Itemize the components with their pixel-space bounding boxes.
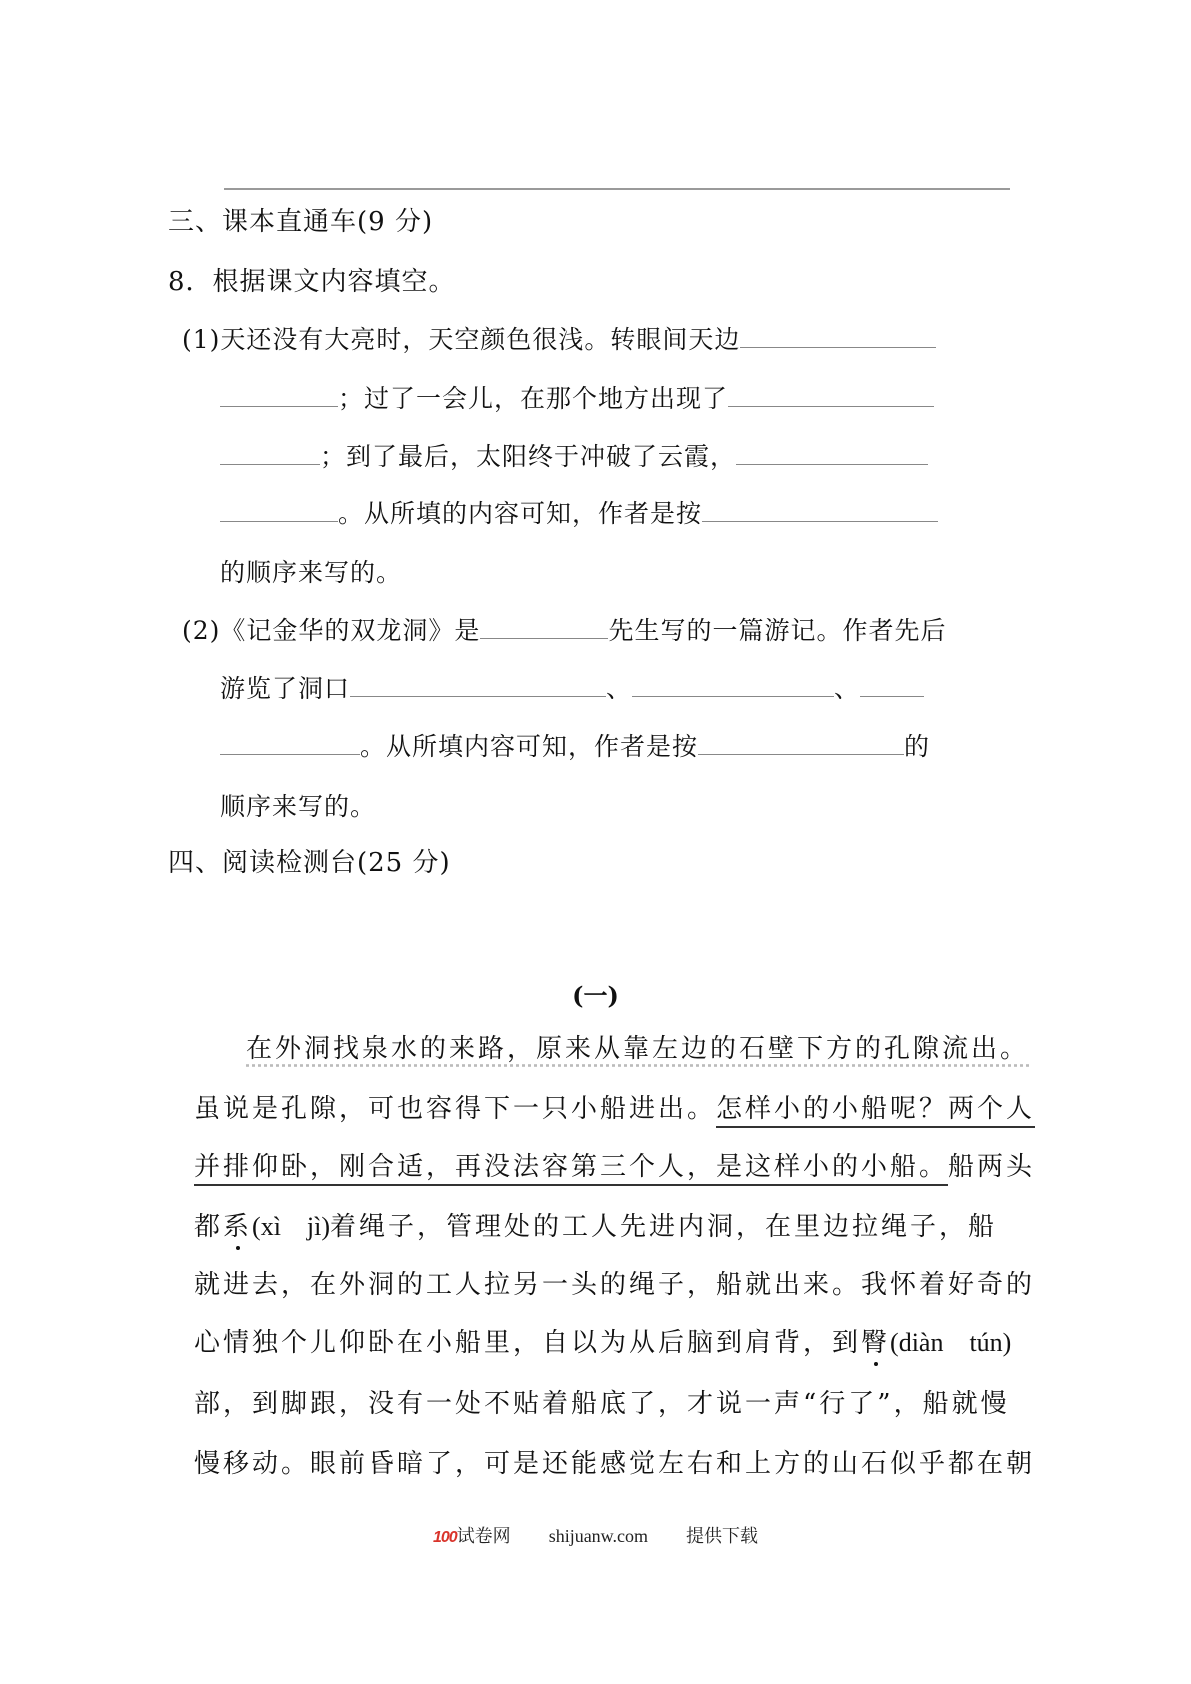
part-number: (1) [182,325,220,354]
pinyin-options: (xì jì) [252,1212,330,1241]
underlined-text: 怎样小的小船呢？两个人 [716,1094,1035,1128]
text: 《记金华的双龙洞》是 [220,616,480,645]
text: 先生写的一篇游记。作者先后 [608,616,946,645]
q8-part1-line4: 。从所填的内容可知，作者是按 [220,497,938,531]
q8-part1-line1: (1)天还没有大亮时，天空颜色很浅。转眼间天边 [182,323,936,357]
answer-blank[interactable] [220,442,320,465]
passage-line-4: 都系(xì jì)着绳子，管理处的工人先进内洞，在里边拉绳子，船 [194,1210,997,1244]
text: 心情独个儿仰卧在小船里，自以为从后脑到肩背，到 [194,1328,861,1358]
part-number: (2) [182,616,220,645]
text: 虽说是孔隙，可也容得下一只小船进出。 [194,1094,716,1124]
site-url[interactable]: shijuanw.com [549,1526,648,1546]
site-logo-icon: 100 [433,1529,457,1546]
answer-blank[interactable] [736,442,928,465]
footer: 100试卷网shijuanw.com提供下载 [0,1522,1191,1548]
answer-blank[interactable] [220,732,360,755]
text: 着绳子，管理处的工人先进内洞，在里边拉绳子，船 [330,1212,997,1242]
exam-page: 三、课本直通车(9 分) 8．根据课文内容填空。 (1)天还没有大亮时，天空颜色… [0,0,1191,1684]
question-8: 8．根据课文内容填空。 [168,265,456,299]
passage-line-6: 心情独个儿仰卧在小船里，自以为从后脑到肩背，到臀(diàn tún) [194,1326,1011,1360]
text: 游览了洞口 [220,674,350,703]
answer-blank[interactable] [728,384,934,407]
answer-blank[interactable] [350,674,606,697]
passage-label: (一) [0,976,1191,1011]
answer-blank[interactable] [860,674,924,697]
answer-blank[interactable] [220,384,338,407]
q8-part2-line4: 顺序来写的。 [220,790,376,824]
answer-blank[interactable] [480,616,608,639]
passage-line-8: 慢移动。眼前昏暗了，可是还能感觉左右和上方的山石似乎都在朝 [194,1447,1035,1481]
site-name: 试卷网 [457,1526,511,1546]
passage-line-2: 虽说是孔隙，可也容得下一只小船进出。怎样小的小船呢？两个人 [194,1092,1035,1126]
q8-part1-line2: ；过了一会儿，在那个地方出现了 [220,382,934,416]
text: 。从所填内容可知，作者是按 [360,732,698,761]
answer-blank[interactable] [632,674,834,697]
wavy-underlined-text: 在外洞找泉水的来路，原来从靠左边的石壁下方的孔隙流出。 [246,1034,1029,1064]
text: 船两头 [948,1152,1035,1182]
q8-part2-line3: 。从所填内容可知，作者是按的 [220,730,930,764]
answer-blank[interactable] [220,499,338,522]
separator: 、 [606,674,632,703]
text: 天还没有大亮时，天空颜色很浅。转眼间天边 [220,325,740,354]
top-divider [224,188,1010,190]
text: ；过了一会儿，在那个地方出现了 [338,384,728,413]
dotted-character: 臀 [861,1328,890,1358]
dotted-character: 系 [223,1212,252,1242]
answer-blank[interactable] [702,499,938,522]
section-3-title: 三、课本直通车(9 分) [168,205,433,239]
section-4-title: 四、阅读检测台(25 分) [168,846,451,880]
underlined-text: 并排仰卧，刚合适，再没法容第三个人，是这样小的小船。 [194,1152,948,1186]
footer-note: 提供下载 [686,1526,758,1546]
answer-blank[interactable] [740,325,936,348]
passage-line-3: 并排仰卧，刚合适，再没法容第三个人，是这样小的小船。船两头 [194,1150,1035,1184]
pinyin-options: (diàn tún) [890,1328,1011,1357]
passage-line-5: 就进去，在外洞的工人拉另一头的绳子，船就出来。我怀着好奇的 [194,1268,1035,1302]
passage-line-7: 部，到脚跟，没有一处不贴着船底了，才说一声“行了”，船就慢 [194,1387,1010,1421]
text: ；到了最后，太阳终于冲破了云霞， [320,442,736,471]
text: 都 [194,1212,223,1242]
answer-blank[interactable] [698,732,904,755]
q8-part1-line5: 的顺序来写的。 [220,556,402,590]
text: 的 [904,732,930,761]
separator: 、 [834,674,860,703]
text: 。从所填的内容可知，作者是按 [338,499,702,528]
q8-part2-line1: (2)《记金华的双龙洞》是先生写的一篇游记。作者先后 [182,614,946,648]
q8-part1-line3: ；到了最后，太阳终于冲破了云霞， [220,440,928,474]
q8-part2-line2: 游览了洞口、、 [220,672,924,706]
passage-line-1: 在外洞找泉水的来路，原来从靠左边的石壁下方的孔隙流出。 [246,1032,1029,1066]
